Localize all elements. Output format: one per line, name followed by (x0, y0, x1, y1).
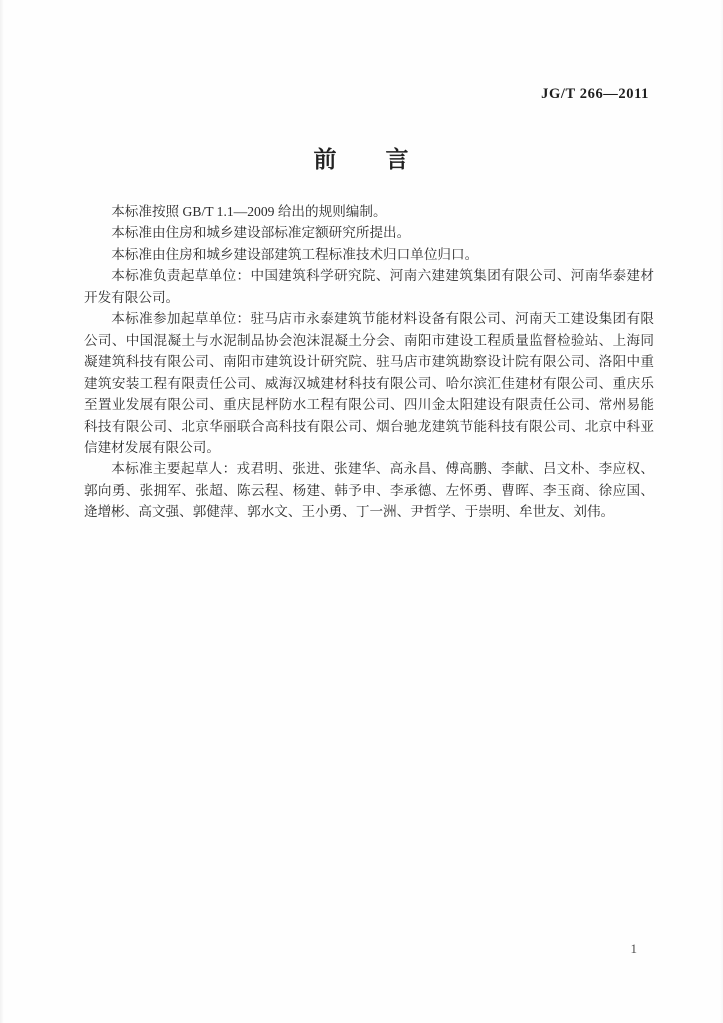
paragraph-participating-organizations: 本标准参加起草单位：驻马店市永泰建筑节能材料设备有限公司、河南天工建设集团有限公… (84, 308, 654, 458)
foreword-title: 前 言 (0, 141, 723, 174)
paragraph-centralized-by: 本标准由住房和城乡建设部建筑工程标准技术归口单位归口。 (84, 244, 654, 265)
standard-code: JG/T 266—2011 (541, 86, 649, 103)
paragraph-chief-drafting-organizations: 本标准负责起草单位：中国建筑科学研究院、河南六建建筑集团有限公司、河南华泰建材开… (84, 265, 654, 308)
foreword-body: 本标准按照 GB/T 1.1—2009 给出的规则编制。 本标准由住房和城乡建设… (84, 201, 654, 523)
paragraph-chief-drafters: 本标准主要起草人：戎君明、张进、张建华、高永昌、傅高鹏、李献、吕文朴、李应权、郭… (84, 458, 654, 522)
page-number: 1 (631, 941, 638, 957)
paragraph-proposed-by: 本标准由住房和城乡建设部标准定额研究所提出。 (84, 222, 654, 243)
paragraph-drafting-rules: 本标准按照 GB/T 1.1—2009 给出的规则编制。 (84, 201, 654, 222)
document-page: JG/T 266—2011 前 言 本标准按照 GB/T 1.1—2009 给出… (0, 0, 723, 1023)
